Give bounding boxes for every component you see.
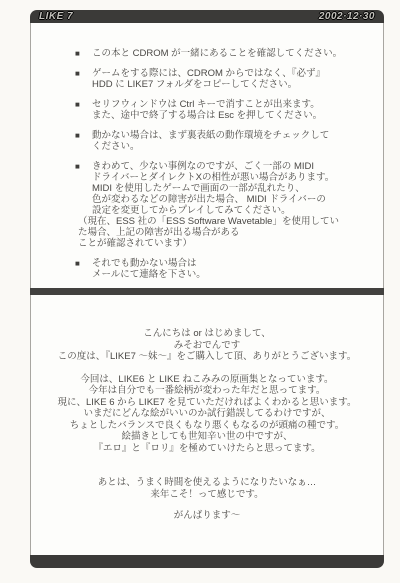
notice-text: この本と CDROM が一緒にあることを確認してください。 (92, 48, 369, 59)
top-bar: LIKE 7 2002·12·30 (30, 10, 384, 23)
message-paragraph: 今回は、LIKE6 と LIKE ねこみみの原画集となっています。 今年は自分で… (31, 374, 383, 455)
notice-text: ゲームをする際には、CDROM からではなく、『必ず』 HDD に LIKE7 … (92, 68, 369, 90)
scanned-page-background: LIKE 7 2002·12·30 ■ この本と CDROM が一緒にあることを… (0, 0, 400, 583)
notice-text: それでも動かない場合は メールにて連絡を下さい。 (92, 258, 369, 280)
bullet-square-icon: ■ (75, 99, 92, 121)
notice-item: ■ それでも動かない場合は メールにて連絡を下さい。 (75, 258, 369, 280)
notice-text-column: ゲームをする際には、CDROM からではなく、『必ず』 HDD に LIKE7 … (92, 68, 369, 90)
bullet-square-icon: ■ (75, 68, 92, 90)
notice-text-column: この本と CDROM が一緒にあることを確認してください。 (92, 48, 369, 59)
notice-text-column: 動かない場合は、まず裏表紙の動作環境をチェックして ください。 (92, 130, 369, 152)
message-paragraph: あとは、うまく時間を使えるようになりたいなぁ… 来年こそ！って感じです。 (31, 477, 383, 500)
notice-item: ■ ゲームをする際には、CDROM からではなく、『必ず』 HDD に LIKE… (75, 68, 369, 90)
message-paragraph: こんにちは or はじめまして、 みそおでんです この度は、『LIKE7 ～妹～… (31, 328, 383, 363)
bottom-bar (30, 555, 384, 568)
notice-item: ■ この本と CDROM が一緒にあることを確認してください。 (75, 48, 369, 59)
notice-item: ■ 動かない場合は、まず裏表紙の動作環境をチェックして ください。 (75, 130, 369, 152)
notice-text: 動かない場合は、まず裏表紙の動作環境をチェックして ください。 (92, 130, 369, 152)
notice-text: セリフウィンドウは Ctrl キーで消すことが出来ます。 また、途中で終了する場… (92, 99, 369, 121)
page-title: LIKE 7 (39, 10, 73, 23)
notice-text-column: きわめて、少ない事例なのですが、ごく一部の MIDI ドライバーとダイレクトXの… (92, 161, 369, 249)
section-divider (30, 288, 384, 295)
bullet-square-icon: ■ (75, 258, 92, 280)
date-label: 2002·12·30 (319, 10, 375, 23)
message-box: こんにちは or はじめまして、 みそおでんです この度は、『LIKE7 ～妹～… (30, 295, 384, 555)
notice-box: ■ この本と CDROM が一緒にあることを確認してください。 ■ ゲームをする… (30, 23, 384, 288)
bullet-square-icon: ■ (75, 130, 92, 152)
notice-item: ■ きわめて、少ない事例なのですが、ごく一部の MIDI ドライバーとダイレクト… (75, 161, 369, 249)
bullet-square-icon: ■ (75, 48, 92, 59)
notice-text-column: セリフウィンドウは Ctrl キーで消すことが出来ます。 また、途中で終了する場… (92, 99, 369, 121)
booklet-page: LIKE 7 2002·12·30 ■ この本と CDROM が一緒にあることを… (30, 10, 384, 568)
notice-note-text: （現在、ESS 社の「ESS Software Wavetable」を使用してい… (78, 216, 369, 249)
notice-text-column: それでも動かない場合は メールにて連絡を下さい。 (92, 258, 369, 280)
notice-item: ■ セリフウィンドウは Ctrl キーで消すことが出来ます。 また、途中で終了す… (75, 99, 369, 121)
message-paragraph: がんばります～ (31, 510, 383, 522)
notice-text: きわめて、少ない事例なのですが、ごく一部の MIDI ドライバーとダイレクトXの… (92, 161, 369, 216)
